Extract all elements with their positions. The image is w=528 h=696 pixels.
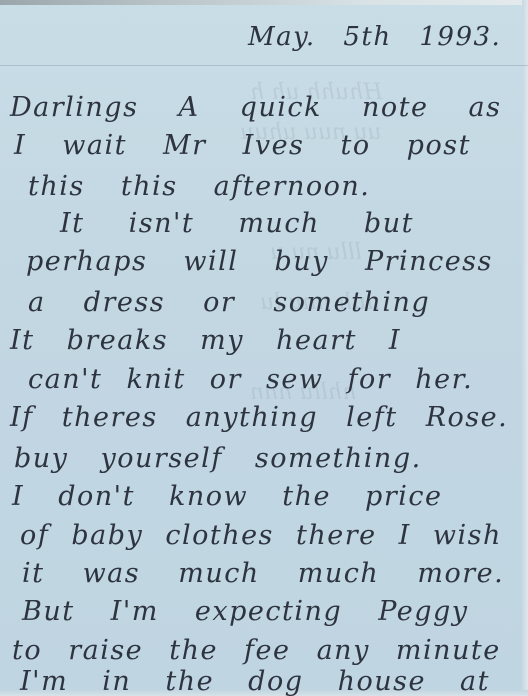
letter-date: May. 5th 1993. <box>248 22 501 52</box>
letter-line: to raise the fee any minute <box>12 635 501 666</box>
letter-line: this this afternoon. <box>28 171 370 202</box>
paper-right-edge <box>522 0 528 696</box>
letter-line: I wait Mr Ives to post <box>14 130 471 161</box>
paper-fold-crease <box>0 65 528 66</box>
letter-line: I don't know the price <box>12 481 442 512</box>
letter-line: a dress or something <box>28 287 430 318</box>
letter-line: But I'm expecting Peggy <box>22 596 469 627</box>
letter-line: I'm in the dog house at <box>20 666 490 696</box>
letter-page: Hhuhh uh h uu nuu uhuu lllu nu u uuh nnu… <box>0 0 528 696</box>
letter-line: can't knit or sew for her. <box>28 364 473 395</box>
letter-line: Darlings A quick note as <box>10 92 502 123</box>
letter-line: perhaps will buy Princess <box>26 246 493 277</box>
letter-line: If theres anything left Rose. <box>10 402 508 433</box>
letter-line: it was much much more. <box>22 558 504 589</box>
letter-line: It breaks my heart I <box>10 325 401 356</box>
letter-line: of baby clothes there I wish <box>20 520 502 551</box>
letter-line: buy yourself something. <box>14 443 422 474</box>
paper-top-edge <box>0 0 528 5</box>
letter-line: It isn't much but <box>60 208 414 239</box>
